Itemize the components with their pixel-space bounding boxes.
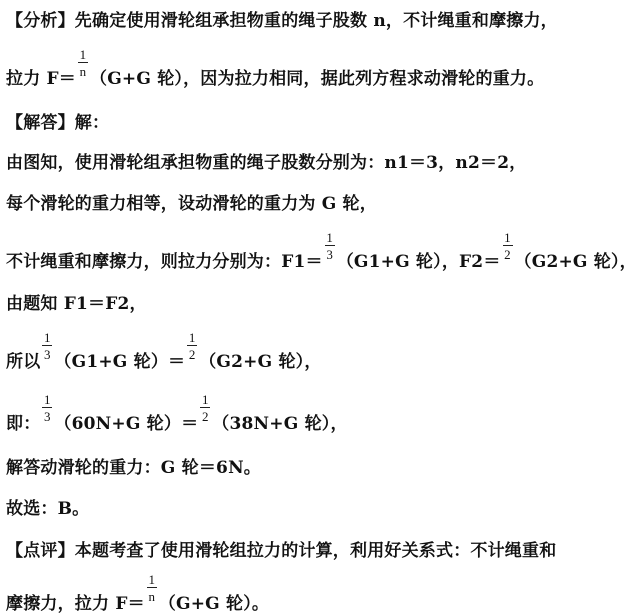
fraction-bar <box>503 245 513 246</box>
answer-text: 故选：B。 <box>6 499 89 519</box>
fraction-bar <box>42 407 52 408</box>
fraction-1-over-3: 13 <box>324 250 336 267</box>
answer-line-8: 故选：B。 <box>6 494 89 519</box>
fraction-denominator: n <box>77 64 89 80</box>
fraction-denominator: 3 <box>41 347 53 363</box>
fraction-numerator: 1 <box>324 230 336 246</box>
comment-text: 【点评】本题考查了使用滑轮组拉力的计算，利用好关系式：不计绳重和 <box>6 541 556 561</box>
fraction-bar <box>42 345 52 346</box>
text-segment: （G1+G 轮），F2＝ <box>337 252 501 272</box>
answer-line-2: 每个滑轮的重力相等，设动滑轮的重力为 G 轮， <box>6 189 377 214</box>
answer-text: 解答动滑轮的重力：G 轮＝6N。 <box>6 458 261 478</box>
fraction-numerator: 1 <box>41 330 53 346</box>
fraction-1-over-n: 1n <box>146 592 158 609</box>
analysis-line-1: 【分析】先确定使用滑轮组承担物重的绳子股数 n，不计绳重和摩擦力， <box>6 6 558 31</box>
text-segment: （38N+G 轮）， <box>212 414 347 434</box>
answer-text: 由题知 F1＝F2， <box>6 294 147 314</box>
fraction-numerator: 1 <box>502 230 514 246</box>
fraction-1-over-3: 13 <box>41 350 53 367</box>
fraction-denominator: 2 <box>186 347 198 363</box>
fraction-bar <box>187 345 197 346</box>
text-segment: （G2+G 轮）， <box>515 252 637 272</box>
fraction-bar <box>78 62 88 63</box>
answer-text: 每个滑轮的重力相等，设动滑轮的重力为 G 轮， <box>6 194 377 214</box>
fraction-1-over-2: 12 <box>199 412 211 429</box>
answer-line-4: 由题知 F1＝F2， <box>6 289 147 314</box>
text-segment: （G+G 轮）。 <box>159 594 269 614</box>
answer-heading: 【解答】解： <box>6 108 109 133</box>
fraction-denominator: 2 <box>199 409 211 425</box>
fraction-1-over-2: 12 <box>186 350 198 367</box>
analysis-text: 【分析】先确定使用滑轮组承担物重的绳子股数 n，不计绳重和摩擦力， <box>6 11 558 31</box>
fraction-bar <box>325 245 335 246</box>
text-segment: 不计绳重和摩擦力，则拉力分别为：F1＝ <box>6 252 323 272</box>
text-segment: 拉力 F＝ <box>6 69 76 89</box>
fraction-denominator: 3 <box>324 247 336 263</box>
fraction-bar <box>200 407 210 408</box>
text-segment: （G1+G 轮）＝ <box>54 352 185 372</box>
fraction-numerator: 1 <box>146 572 158 588</box>
text-segment: 即： <box>6 414 40 434</box>
fraction-1-over-2: 12 <box>502 250 514 267</box>
text-segment: （G2+G 轮）， <box>199 352 321 372</box>
answer-line-1: 由图知，使用滑轮组承担物重的绳子股数分别为：n1＝3，n2＝2， <box>6 148 526 173</box>
text-segment: （60N+G 轮）＝ <box>54 414 198 434</box>
text-segment: （G+G 轮），因为拉力相同，据此列方程求动滑轮的重力。 <box>90 69 544 89</box>
answer-line-7: 解答动滑轮的重力：G 轮＝6N。 <box>6 453 261 478</box>
fraction-denominator: n <box>146 589 158 605</box>
fraction-numerator: 1 <box>41 392 53 408</box>
answer-text: 由图知，使用滑轮组承担物重的绳子股数分别为：n1＝3，n2＝2， <box>6 153 526 173</box>
answer-line-5: 所以13（G1+G 轮）＝12（G2+G 轮）， <box>6 347 322 372</box>
answer-heading-text: 【解答】解： <box>6 113 109 133</box>
fraction-denominator: 2 <box>502 247 514 263</box>
fraction-bar <box>147 587 157 588</box>
text-segment: 摩擦力，拉力 F＝ <box>6 594 145 614</box>
text-segment: 所以 <box>6 352 40 372</box>
answer-line-3: 不计绳重和摩擦力，则拉力分别为：F1＝13（G1+G 轮），F2＝12（G2+G… <box>6 247 637 272</box>
fraction-denominator: 3 <box>41 409 53 425</box>
comment-line-2: 摩擦力，拉力 F＝1n（G+G 轮）。 <box>6 589 269 614</box>
fraction-numerator: 1 <box>186 330 198 346</box>
comment-line-1: 【点评】本题考查了使用滑轮组拉力的计算，利用好关系式：不计绳重和 <box>6 536 556 561</box>
answer-line-6: 即：13（60N+G 轮）＝12（38N+G 轮）， <box>6 409 348 434</box>
fraction-numerator: 1 <box>77 47 89 63</box>
fraction-1-over-n: 1n <box>77 67 89 84</box>
analysis-line-2: 拉力 F＝1n（G+G 轮），因为拉力相同，据此列方程求动滑轮的重力。 <box>6 64 544 89</box>
fraction-1-over-3: 13 <box>41 412 53 429</box>
fraction-numerator: 1 <box>199 392 211 408</box>
